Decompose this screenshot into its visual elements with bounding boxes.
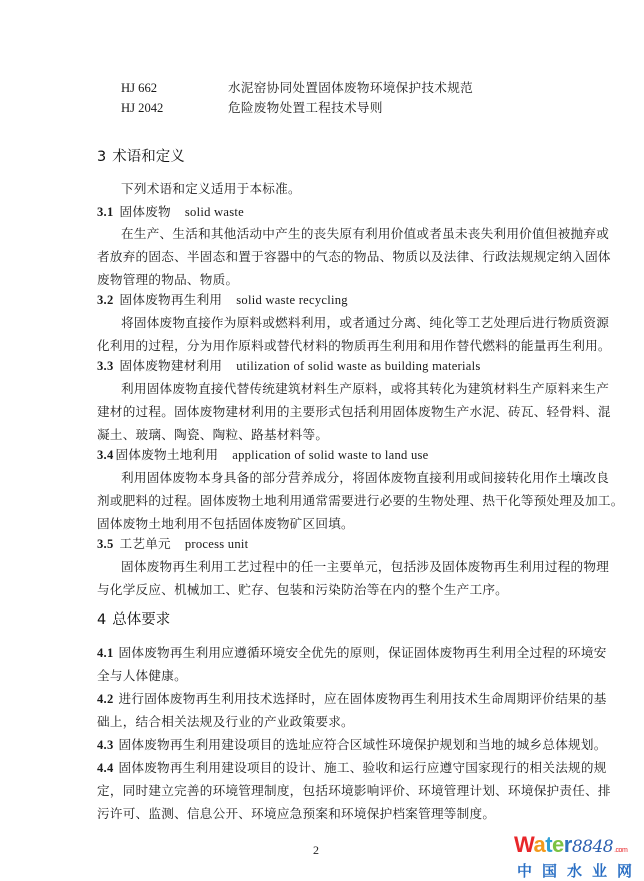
clause-text: 固体废物再生利用应遵循环境安全优先的原则，保证固体废物再生利用全过程的环境安 bbox=[119, 645, 607, 660]
term-heading: 3.2固体废物再生利用solid waste recycling bbox=[97, 291, 557, 309]
term-definition-line: 者放弃的固态、半固态和置于容器中的气态的物品、物质以及法律、行政法规规定纳入固体 bbox=[97, 248, 557, 266]
clause-number: 4.3 bbox=[97, 738, 114, 752]
term-number: 3.4 bbox=[97, 448, 114, 462]
term-definition-line: 将固体废物直接作为原料或燃料利用，或者通过分离、纯化等工艺处理后进行物质资源 bbox=[121, 314, 581, 332]
clause-number: 4.1 bbox=[97, 646, 114, 660]
reference-title: 水泥窑协同处置固体废物环境保护技术规范 bbox=[228, 79, 473, 97]
term-definition-line: 利用固体废物本身具备的部分营养成分，将固体废物直接利用或间接转化用作土壤改良 bbox=[121, 469, 581, 487]
page-number: 2 bbox=[313, 843, 319, 858]
clause-text: 进行固体废物再生利用技术选择时，应在固体废物再生利用技术生命周期评价结果的基 bbox=[119, 691, 607, 706]
section-number: 3 bbox=[97, 149, 106, 165]
clause-line: 4.2进行固体废物再生利用技术选择时，应在固体废物再生利用技术生命周期评价结果的… bbox=[97, 690, 557, 708]
clause-text: 固体废物再生利用建设项目的选址应符合区域性环境保护规划和当地的城乡总体规划。 bbox=[119, 737, 607, 752]
clause-number: 4.2 bbox=[97, 692, 114, 706]
term-definition-line: 凝土、玻璃、陶瓷、陶粒、路基材料等。 bbox=[97, 426, 557, 444]
clause-number: 4.4 bbox=[97, 761, 114, 775]
term-cn: 固体废物再生利用 bbox=[120, 292, 223, 307]
clause-line: 全与人体健康。 bbox=[97, 667, 557, 685]
section-heading-3: 3术语和定义 bbox=[97, 147, 185, 167]
term-cn: 固体废物 bbox=[120, 204, 171, 219]
term-cn: 固体废物土地利用 bbox=[116, 447, 219, 462]
logo-wordmark: Water8848.com bbox=[514, 834, 640, 862]
section-intro: 下列术语和定义适用于本标准。 bbox=[121, 180, 581, 198]
clause-line: 4.1固体废物再生利用应遵循环境安全优先的原则，保证固体废物再生利用全过程的环境… bbox=[97, 644, 557, 662]
document-page: HJ 662 水泥窑协同处置固体废物环境保护技术规范 HJ 2042 危险废物处… bbox=[0, 0, 644, 881]
term-en: solid waste bbox=[185, 205, 244, 219]
term-en: application of solid waste to land use bbox=[232, 448, 428, 462]
clause-line: 4.3固体废物再生利用建设项目的选址应符合区域性环境保护规划和当地的城乡总体规划… bbox=[97, 736, 557, 754]
reference-code: HJ 2042 bbox=[121, 99, 163, 117]
logo-suffix: .com bbox=[614, 847, 627, 854]
term-en: process unit bbox=[185, 537, 249, 551]
clause-line: 础上，结合相关法规及行业的产业政策要求。 bbox=[97, 713, 557, 731]
section-title: 术语和定义 bbox=[112, 149, 185, 165]
term-cn: 固体废物建材利用 bbox=[120, 358, 223, 373]
term-heading: 3.4固体废物土地利用application of solid waste to… bbox=[97, 446, 557, 464]
logo-chinese-name: 中国水业网 bbox=[517, 862, 640, 880]
water8848-logo: Water8848.com 中国水业网 bbox=[514, 834, 640, 878]
term-definition-line: 与化学反应、机械加工、贮存、包装和污染防治等在内的整个生产工序。 bbox=[97, 581, 557, 599]
clause-text: 固体废物再生利用建设项目的设计、施工、验收和运行应遵守国家现行的相关法规的规 bbox=[119, 760, 607, 775]
logo-letter: a bbox=[533, 832, 545, 857]
term-heading: 3.5工艺单元process unit bbox=[97, 535, 557, 553]
logo-letter: r bbox=[564, 832, 572, 857]
section-number: 4 bbox=[97, 612, 106, 628]
logo-letter: W bbox=[514, 832, 533, 857]
reference-code: HJ 662 bbox=[121, 79, 157, 97]
term-en: solid waste recycling bbox=[236, 293, 348, 307]
term-number: 3.3 bbox=[97, 359, 114, 373]
term-cn: 工艺单元 bbox=[120, 536, 171, 551]
logo-number: 8848 bbox=[572, 837, 613, 857]
term-definition-line: 在生产、生活和其他活动中产生的丧失原有利用价值或者虽未丧失利用价值但被抛弃或 bbox=[121, 225, 581, 243]
term-definition-line: 化利用的过程，分为用作原料或替代材料的物质再生利用和用作替代燃料的能量再生利用。 bbox=[97, 337, 557, 355]
term-number: 3.1 bbox=[97, 205, 114, 219]
clause-line: 4.4固体废物再生利用建设项目的设计、施工、验收和运行应遵守国家现行的相关法规的… bbox=[97, 759, 557, 777]
clause-line: 污许可、监测、信息公开、环境应急预案和环境保护档案管理等制度。 bbox=[97, 805, 557, 823]
term-definition-line: 固体废物土地利用不包括固体废物矿区回填。 bbox=[97, 515, 557, 533]
logo-letter: t bbox=[545, 832, 552, 857]
section-heading-4: 4总体要求 bbox=[97, 610, 170, 630]
term-heading: 3.1固体废物solid waste bbox=[97, 203, 557, 221]
term-en: utilization of solid waste as building m… bbox=[236, 359, 480, 373]
term-number: 3.2 bbox=[97, 293, 114, 307]
term-number: 3.5 bbox=[97, 537, 114, 551]
term-definition-line: 剂或肥料的过程。固体废物土地利用通常需要进行必要的生物处理、热干化等预处理及加工… bbox=[97, 492, 557, 510]
term-definition-line: 废物管理的物品、物质。 bbox=[97, 271, 557, 289]
term-definition-line: 利用固体废物直接代替传统建筑材料生产原料，或将其转化为建筑材料生产原料来生产 bbox=[121, 380, 581, 398]
clause-line: 定，同时建立完善的环境管理制度，包括环境影响评价、环境管理计划、环境保护责任、排 bbox=[97, 782, 557, 800]
term-heading: 3.3固体废物建材利用utilization of solid waste as… bbox=[97, 357, 557, 375]
term-definition-line: 建材的过程。固体废物建材利用的主要形式包括利用固体废物生产水泥、砖瓦、轻骨料、混 bbox=[97, 403, 557, 421]
term-definition-line: 固体废物再生利用工艺过程中的任一主要单元，包括涉及固体废物再生利用过程的物理 bbox=[121, 558, 581, 576]
reference-title: 危险废物处置工程技术导则 bbox=[228, 99, 383, 117]
logo-letter: e bbox=[552, 832, 564, 857]
section-title: 总体要求 bbox=[112, 612, 170, 628]
